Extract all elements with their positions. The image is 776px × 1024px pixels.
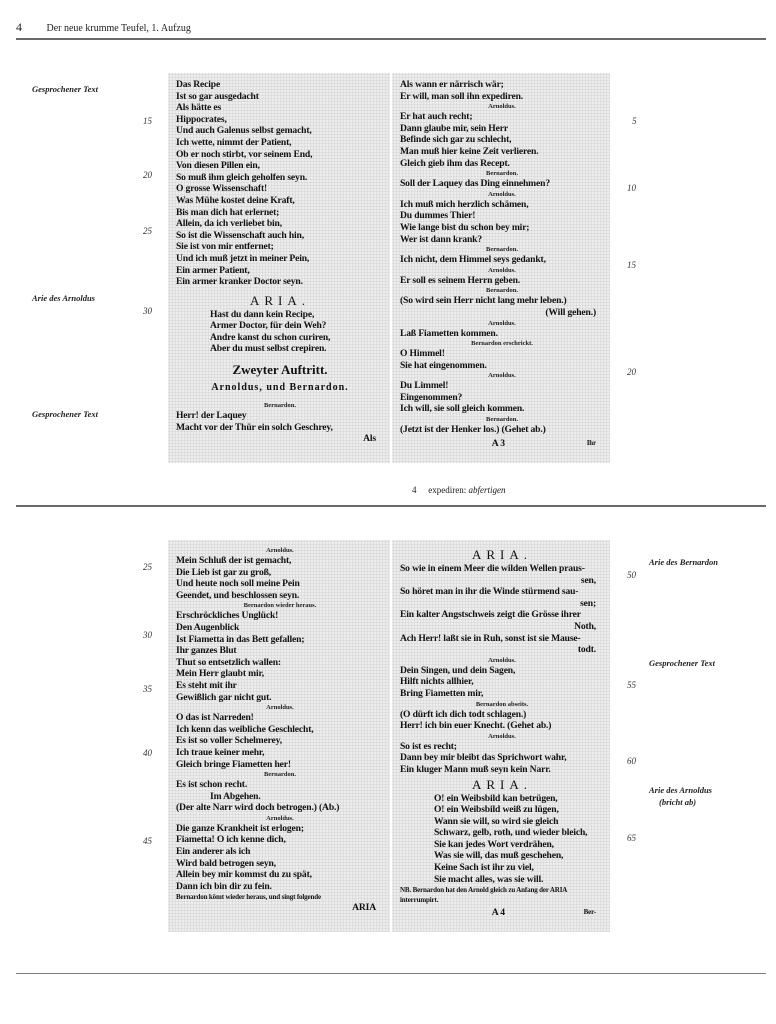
line-number: 25 <box>143 226 152 236</box>
line-number: 40 <box>143 748 152 758</box>
verse-line: Dein Singen, und dein Sagen, <box>400 665 604 677</box>
speaker-label: Arnoldus. <box>400 656 604 665</box>
verse-line: Ach Herr! laßt sie in Ruh, sonst ist sie… <box>400 633 604 645</box>
verse-line: Ein anderer als ich <box>176 846 384 858</box>
facsimile-page-right: Als wann er närrisch wär;Er will, man so… <box>392 73 610 463</box>
verse-line: (O dürft ich dich todt schlagen.) <box>400 709 604 721</box>
margin-label-spoken-text: Gesprochener Text <box>32 409 98 419</box>
verse-line: Mein Herr glaubt mir, <box>176 668 384 680</box>
speaker-label: Arnoldus. <box>400 371 604 380</box>
verse-line: Man muß hier keine Zeit verlieren. <box>400 146 604 158</box>
verse-line: Ich nicht, dem Himmel seys gedankt, <box>400 254 604 266</box>
aria-line: Aber du must selbst crepiren. <box>176 343 384 355</box>
verse-line: So höret man in ihr die Winde stürmend s… <box>400 586 604 598</box>
speaker-label: Bernardon wieder heraus. <box>176 601 384 610</box>
verse-line: So ist es recht; <box>400 741 604 753</box>
speaker-label: Arnoldus. <box>400 732 604 741</box>
speaker-label: Arnoldus. <box>400 319 604 328</box>
verse-line-right: (Will gehen.) <box>400 307 604 319</box>
verse-line: Ein armer kranker Doctor seyn. <box>176 276 384 288</box>
verse-line: Ich will, sie soll gleich kommen. <box>400 403 604 415</box>
verse-line: Dann bey mir bleibt das Sprichwort wahr, <box>400 752 604 764</box>
verse-line: (So wird sein Herr nicht lang mehr leben… <box>400 295 604 307</box>
verse-line: (Der alte Narr wird doch betrogen.) (Ab.… <box>176 802 384 814</box>
verse-line: O Himmel! <box>400 348 604 360</box>
verse-line: Eingenommen? <box>400 392 604 404</box>
margin-label-breaks-off: (bricht ab) <box>659 797 696 807</box>
aria-line: Armer Doctor, für dein Weh? <box>176 320 384 332</box>
signature-row: A 3Ihr <box>400 438 604 450</box>
verse-line: Sie macht alles, was sie will. <box>400 874 604 886</box>
aria-line: Andre kanst du schon curiren, <box>176 332 384 344</box>
footnote-gloss: abfertigen <box>468 485 505 495</box>
verse-line: Ihr ganzes Blut <box>176 645 384 657</box>
verse-line: (Jetzt ist der Henker los.) (Gehet ab.) <box>400 424 604 436</box>
speaker-label: Arnoldus. <box>176 814 384 823</box>
verse-line: Dann ich bin dir zu fein. <box>176 881 384 893</box>
footnote-term: expediren: <box>428 485 466 495</box>
margin-label-aria-bernardon: Arie des Bernardon <box>649 557 718 567</box>
catchword: Ihr <box>587 438 596 450</box>
stage-direction: Bernardon kömt wieder heraus, und singt … <box>176 892 384 902</box>
verse-line: So wie in einem Meer die wilden Wellen p… <box>400 563 604 575</box>
speaker-label: Bernardon. <box>400 415 604 424</box>
facsimile-page-left: Das Recipe Ist so gar ausgedacht Als hät… <box>168 73 390 463</box>
verse-line: Bring Fiametten mir, <box>400 688 604 700</box>
verse-line: Und ich muß jetzt in meiner Pein, <box>176 253 384 265</box>
verse-line: Ich kenn das weibliche Geschlecht, <box>176 724 384 736</box>
verse-line: Als wann er närrisch wär; <box>400 79 604 91</box>
verse-line: Er will, man soll ihn expediren. <box>400 91 604 103</box>
line-number: 20 <box>627 367 636 377</box>
verse-line: Ob er noch stirbt, vor seinem End, <box>176 149 384 161</box>
aria-heading: ARIA. <box>176 292 384 309</box>
verse-line: O das ist Narreden! <box>176 712 384 724</box>
verse-line: Dann glaube mir, sein Herr <box>400 123 604 135</box>
verse-line: Gewißlich gar nicht gut. <box>176 692 384 704</box>
margin-label-spoken-text: Gesprochener Text <box>32 84 98 94</box>
verse-line: Ein kalter Angstschweis zeigt die Grösse… <box>400 609 604 621</box>
verse-line: Du Limmel! <box>400 380 604 392</box>
verse-line: Thut so entsetzlich wallen: <box>176 657 384 669</box>
verse-line: Von diesen Pillen ein, <box>176 160 384 172</box>
speaker-label: Bernardon. <box>400 245 604 254</box>
running-title: Der neue krumme Teufel, 1. Aufzug <box>47 23 191 34</box>
footnote: 4 expediren: abfertigen <box>412 485 505 495</box>
line-number: 65 <box>627 833 636 843</box>
verse-line: Ein armer Patient, <box>176 265 384 277</box>
speaker-label: Arnoldus. <box>400 266 604 275</box>
verse-line: Und heute noch soll meine Pein <box>176 578 384 590</box>
verse-line: Soll der Laquey das Ding einnehmen? <box>400 178 604 190</box>
verse-line: Laß Fiametten kommen. <box>400 328 604 340</box>
signature-mark: A 3 <box>492 438 505 450</box>
verse-line: Was sie will, das muß geschehen, <box>400 850 604 862</box>
verse-line: Gleich gieb ihm das Recept. <box>400 158 604 170</box>
verse-line: Befinde sich gar zu schlecht, <box>400 134 604 146</box>
line-number: 20 <box>143 170 152 180</box>
verse-line: Wird bald betrogen seyn, <box>176 858 384 870</box>
verse-line: Herr! ich bin euer Knecht. (Gehet ab.) <box>400 720 604 732</box>
verse-line: Es ist so voller Schelmerey, <box>176 735 384 747</box>
verse-line: Den Augenblick <box>176 622 384 634</box>
stage-direction: NB. Bernardon hat den Arnold gleich zu A… <box>400 885 604 905</box>
speaker-label: Arnoldus. <box>400 102 604 111</box>
verse-line: O! ein Weibsbild kan betrügen, <box>400 793 604 805</box>
line-number: 15 <box>627 260 636 270</box>
verse-line: Sie ist von mir entfernet; <box>176 241 384 253</box>
verse-line-right: Noth, <box>400 621 604 633</box>
catchword: Als <box>176 433 384 445</box>
verse-line: Keine Sach ist ihr zu viel, <box>400 862 604 874</box>
aria-heading: ARIA. <box>400 546 604 563</box>
verse-line: Die ganze Krankheit ist erlogen; <box>176 823 384 835</box>
facsimile-page-right: ARIA.So wie in einem Meer die wilden Wel… <box>392 540 610 932</box>
verse-line: Im Abgehen. <box>176 791 384 803</box>
verse-line: Ich traue keiner mehr, <box>176 747 384 759</box>
verse-line: Es ist schon recht. <box>176 779 384 791</box>
margin-label-spoken-text: Gesprochener Text <box>649 658 715 668</box>
verse-line: Er hat auch recht; <box>400 111 604 123</box>
scene-persons: Arnoldus, und Bernardon. <box>176 379 384 397</box>
speaker-label: Bernardon. <box>176 401 384 410</box>
page-number: 4 <box>16 20 44 35</box>
verse-line: Mein Schluß der ist gemacht, <box>176 555 384 567</box>
verse-line: Ich muß mich herzlich schämen, <box>400 199 604 211</box>
speaker-label: Bernardon abseits. <box>400 700 604 709</box>
speaker-label: Arnoldus. <box>400 190 604 199</box>
verse-line: Geendet, und beschlossen seyn. <box>176 590 384 602</box>
verse-line: Gleich bringe Fiametten her! <box>176 759 384 771</box>
header-rule <box>16 38 766 40</box>
speaker-label: Bernardon erschrickt. <box>400 339 604 348</box>
signature-row: A 4Ber- <box>400 907 604 919</box>
verse-line: Hilft nichts allhier, <box>400 676 604 688</box>
catchword: Ber- <box>584 907 596 919</box>
verse-line-right: todt. <box>400 644 604 656</box>
verse-line: Er soll es seinem Herrn geben. <box>400 275 604 287</box>
verse-line-right: ARIA <box>176 902 384 914</box>
verse-line: Sie kan jedes Wort verdrähen, <box>400 839 604 851</box>
footnote-number: 4 <box>412 485 426 495</box>
line-number: 5 <box>632 116 637 126</box>
line-number: 35 <box>143 684 152 694</box>
verse-line: Allein, da ich verliebet bin, <box>176 218 384 230</box>
verse-line: Hippocrates, <box>176 114 384 126</box>
speaker-label: Arnoldus. <box>176 703 384 712</box>
verse-line: Ist Fiametta in das Bett gefallen; <box>176 634 384 646</box>
verse-line: Bis man dich hat erlernet; <box>176 207 384 219</box>
verse-line: Schwarz, gelb, roth, und wieder bleich, <box>400 827 604 839</box>
speaker-label: Bernardon. <box>176 770 384 779</box>
section-divider <box>16 505 766 507</box>
verse-line: Und auch Galenus selbst gemacht, <box>176 125 384 137</box>
verse-line: Sie hat eingenommen. <box>400 360 604 372</box>
scene-heading: Zweyter Auftritt. <box>176 361 384 379</box>
verse-line: Wer ist dann krank? <box>400 234 604 246</box>
speaker-label: Bernardon. <box>400 169 604 178</box>
verse-line: Das Recipe <box>176 79 384 91</box>
verse-line: Ich wette, nimmt der Patient, <box>176 137 384 149</box>
verse-line-right: sen; <box>400 598 604 610</box>
margin-label-aria-arnoldus: Arie des Arnoldus <box>32 293 95 303</box>
verse-line: Allein bey mir kommst du zu spät, <box>176 869 384 881</box>
verse-line: Fiametta! O ich kenne dich, <box>176 834 384 846</box>
verse-line: Ist so gar ausgedacht <box>176 91 384 103</box>
line-number: 10 <box>627 183 636 193</box>
verse-line: Wann sie will, so wird sie gleich <box>400 816 604 828</box>
line-number: 50 <box>627 570 636 580</box>
verse-line: So ist die Wissenschaft auch hin, <box>176 230 384 242</box>
margin-label-aria-arnoldus: Arie des Arnoldus <box>649 785 712 795</box>
facsimile-page-left: Arnoldus.Mein Schluß der ist gemacht,Die… <box>168 540 390 932</box>
line-number: 30 <box>143 306 152 316</box>
verse-line: Die Lieb ist gar zu groß, <box>176 567 384 579</box>
verse-line: Du dummes Thier! <box>400 210 604 222</box>
running-head: 4 Der neue krumme Teufel, 1. Aufzug <box>16 20 191 35</box>
line-number: 25 <box>143 562 152 572</box>
verse-line: Wie lange bist du schon bey mir; <box>400 222 604 234</box>
line-number: 60 <box>627 756 636 766</box>
verse-line: Als hätte es <box>176 102 384 114</box>
speaker-label: Bernardon. <box>400 286 604 295</box>
verse-line: O grosse Wissenschaft! <box>176 183 384 195</box>
speaker-label: Arnoldus. <box>176 546 384 555</box>
verse-line: Ein kluger Mann muß seyn kein Narr. <box>400 764 604 776</box>
line-number: 15 <box>143 116 152 126</box>
verse-line: Herr! der Laquey <box>176 410 384 422</box>
footer-rule <box>16 973 766 974</box>
line-number: 55 <box>627 680 636 690</box>
aria-line: Hast du dann kein Recipe, <box>176 309 384 321</box>
line-number: 30 <box>143 630 152 640</box>
signature-mark: A 4 <box>492 907 505 919</box>
verse-line: Erschröckliches Unglück! <box>176 610 384 622</box>
aria-heading: ARIA. <box>400 776 604 793</box>
verse-line: Macht vor der Thür ein solch Geschrey, <box>176 422 384 434</box>
verse-line-right: sen, <box>400 575 604 587</box>
line-number: 45 <box>143 836 152 846</box>
verse-line: Was Mühe kostet deine Kraft, <box>176 195 384 207</box>
verse-line: So muß ihm gleich geholfen seyn. <box>176 172 384 184</box>
verse-line: O! ein Weibsbild weiß zu lügen, <box>400 804 604 816</box>
verse-line: Es steht mit ihr <box>176 680 384 692</box>
